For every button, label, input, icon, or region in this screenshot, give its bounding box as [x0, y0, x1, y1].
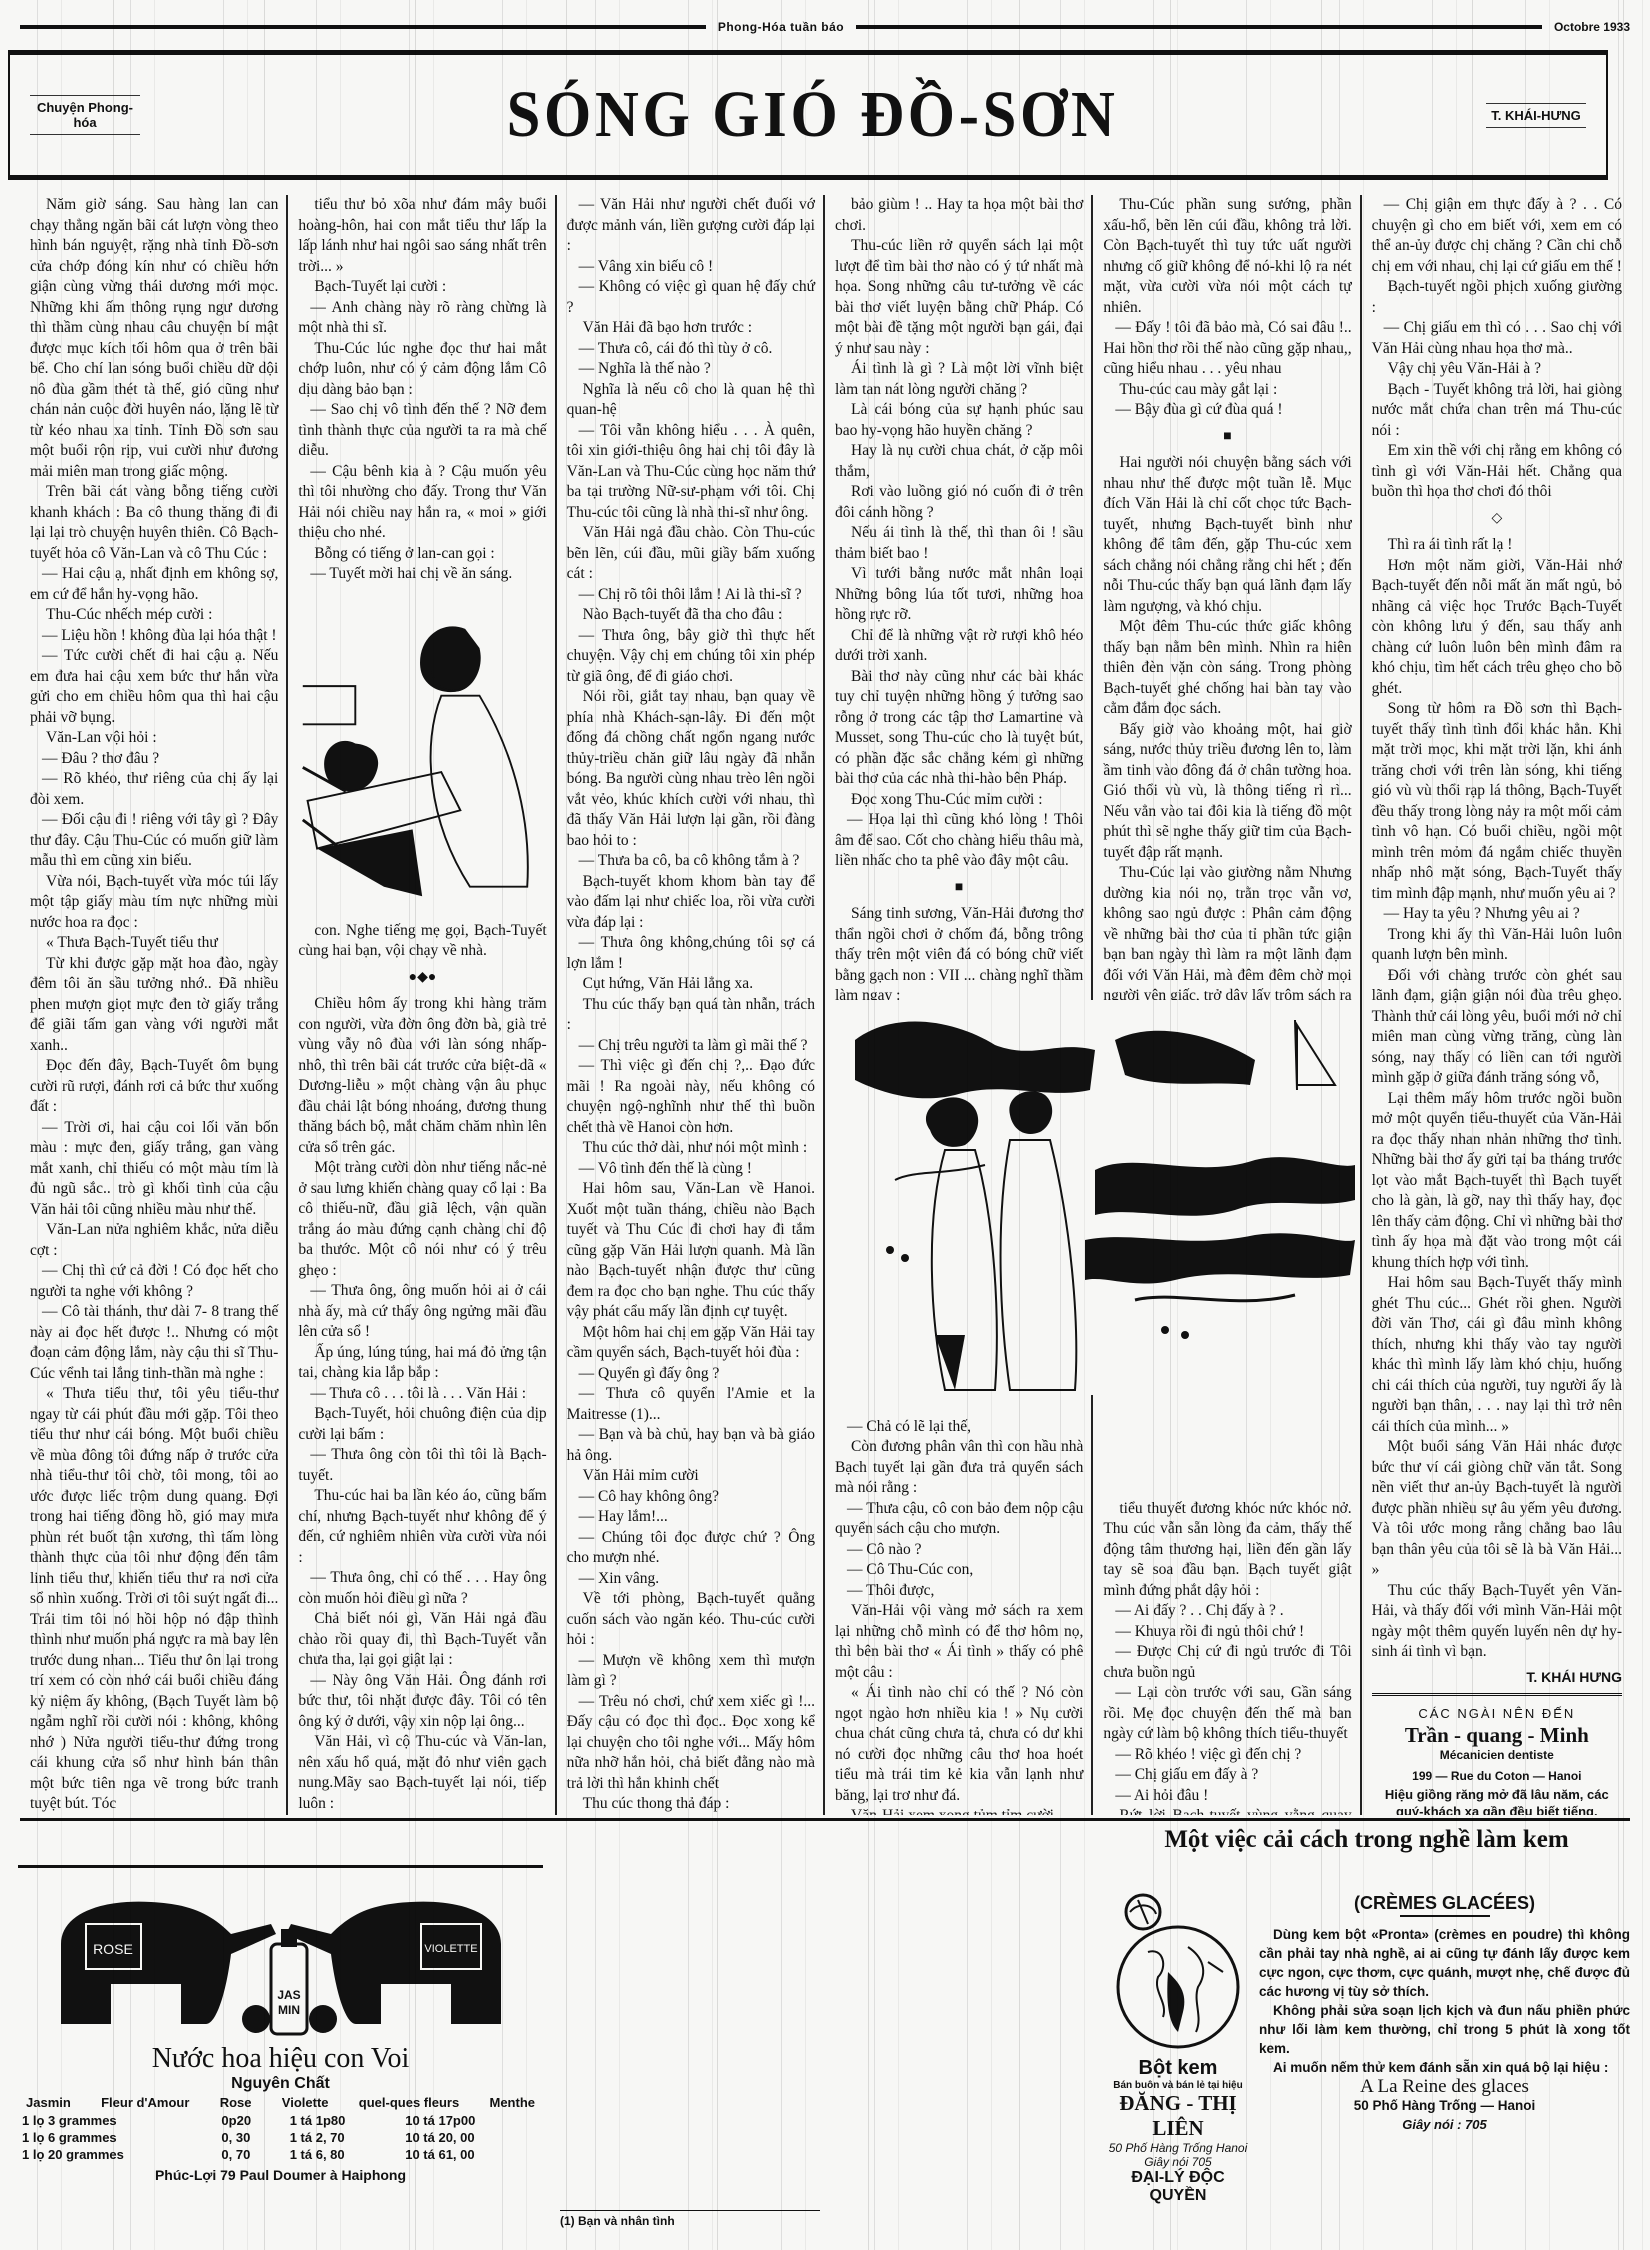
paragraph: Đọc xong Thu-Cúc mỉm cười :: [835, 790, 1083, 811]
paragraph: Văn Hải, vì cộ Thu-cúc và Văn-lan, nên x…: [298, 1732, 546, 1814]
ad-ice-right-panel: (CRÈMES GLACÉES) Dùng kem bột «Pronta» (…: [1259, 1892, 1630, 2243]
poem-line: Ái tình là gì ? Là một lời vĩnh biệt làm…: [835, 359, 1083, 400]
paragraph: Bỗng có tiếng ở lan-can gọi :: [298, 544, 546, 565]
paragraph: Chả biết nói gì, Văn Hải ngả đầu chào rồ…: [298, 1609, 546, 1671]
paragraph: Bạch-Tuyết, hỏi chuông điện của dịp cười…: [298, 1404, 546, 1445]
ad-dentist-address: 199 — Rue du Coton — Hanoi: [1372, 1766, 1622, 1787]
dialogue: — Tức cười chết đi hai cậu ạ. Nếu em đưa…: [30, 646, 278, 728]
scent: Rose: [220, 2095, 252, 2110]
svg-text:VIOLETTE: VIOLETTE: [424, 1943, 477, 1955]
paragraph: Thu-Cúc phần sung sướng, phần xấu-hổ, bẽ…: [1103, 195, 1351, 318]
ad-dentist-profession: Mécanicien dentiste: [1372, 1745, 1622, 1766]
paragraph: Cụt hứng, Văn Hải lẳng xa.: [567, 974, 815, 995]
paragraph: Văn-Hải vội vàng mở sách ra xem lại nhữn…: [835, 1601, 1083, 1683]
dialogue: — Lại còn trước với sau, Gần sáng rồi. M…: [1103, 1683, 1351, 1745]
dialogue: — Chị giận em thực đấy à ? . . Có chuyện…: [1372, 195, 1622, 277]
paragraph: Song từ hôm ra Đồ sơn thì Bạch-tuyết thấ…: [1372, 699, 1622, 904]
paragraph: Một buổi sáng Văn Hải nhác được bức thư …: [1372, 1437, 1622, 1581]
section-ornament: ■: [1103, 427, 1351, 448]
story-masthead: Chuyện Phong-hóa SÓNG GIÓ ĐỒ-SƠN T. KHÁI…: [8, 50, 1608, 180]
section-kicker: Chuyện Phong-hóa: [30, 95, 140, 135]
dialogue: — Được, chị để tôi đọc cho,: [567, 1815, 815, 1816]
column-1: Năm giờ sáng. Sau hàng lan can chạy thẳn…: [20, 195, 288, 1815]
ad-ice-left-address: 50 Phố Hàng Trống Hanoi: [1103, 2141, 1253, 2155]
dialogue: — Rõ khéo ! việc gì đến chị ?: [1103, 1745, 1351, 1766]
issue-date: Octobre 1933: [1554, 20, 1630, 34]
ice-cream-advertisement: Một việc cải cách trong nghề làm kem Bột…: [1103, 1822, 1630, 2242]
paragraph: Thu-cúc hai ba lần kéo áo, cũng bấm chí,…: [298, 1486, 546, 1568]
paragraph: Thu-cúc cau mày gắt lại :: [1103, 380, 1351, 401]
paragraph: Chiều hôm ấy trong khi hàng trăm con ngư…: [298, 994, 546, 1158]
dialogue: — Khuya rồi đi ngủ thôi chứ !: [1103, 1622, 1351, 1643]
ad-ice-shop-address: 50 Phố Hàng Trống — Hanoi: [1259, 2096, 1630, 2115]
dialogue: — Anh chàng này rõ ràng chừng là một nhà…: [298, 298, 546, 339]
section-ornament: ■: [835, 878, 1083, 899]
paragraph: Thu cúc thong thả đáp :: [567, 1794, 815, 1815]
ad-ice-left-phone: Giây nói 705: [1103, 2155, 1253, 2169]
perfume-advertisement: ROSE VIOLETTE JAS MIN Nước hoa hiệu con …: [18, 1865, 543, 2235]
dialogue: — Văn Hải như người chết đuối vớ được mả…: [567, 195, 815, 257]
dialogue: — Chị giấu em thì có . . . Sao chị với V…: [1372, 318, 1622, 359]
svg-text:JAS: JAS: [277, 1988, 300, 2002]
paragraph: Năm giờ sáng. Sau hàng lan can chạy thẳn…: [30, 195, 278, 482]
dialogue: — Chị thì cứ cả đời ! Có đọc hết cho ngư…: [30, 1261, 278, 1302]
dialogue: — Nghĩa là thế nào ?: [567, 359, 815, 380]
perfume-scent-list: Jasmin Fleur d'Amour Rose Violette quel-…: [18, 2093, 543, 2112]
paragraph: Thì ra ái tình rất lạ !: [1372, 535, 1622, 556]
price-row: 1 lọ 20 grammes 0, 70 1 tá 6, 80 10 tá 6…: [18, 2146, 543, 2163]
author-signature: T. KHÁI HƯNG: [1372, 1667, 1622, 1688]
dialogue: — Họa lại thì cũng khó lòng ! Thôi âm để…: [835, 810, 1083, 872]
column-2: tiểu thư bỏ xõa như đám mây buổi hoàng-h…: [288, 195, 556, 1815]
paragraph: Văn-Lan nửa nghiêm khắc, nửa diễu cợt :: [30, 1220, 278, 1261]
dialogue: — Thưa ông không,chúng tôi sợ cá lợn lắm…: [567, 933, 815, 974]
dialogue: — Thưa ba cô, ba cô không tắm à ?: [567, 851, 815, 872]
price-ten-dozen: 10 tá 17p00: [401, 2112, 543, 2129]
letter-text: Từ khi được gặp mặt hoa đào, ngày đêm tô…: [30, 954, 278, 1057]
dialogue: — Sao chị vô tình đến thế ? Nỡ đem tình …: [298, 400, 546, 462]
dialogue: — Chị trêu người ta làm gì mãi thế ?: [567, 1036, 815, 1057]
price-size: 1 lọ 3 grammes: [18, 2112, 217, 2129]
paragraph: Văn-Lan vội hỏi :: [30, 728, 278, 749]
price-single: 0, 30: [217, 2129, 285, 2146]
svg-text:MIN: MIN: [278, 2003, 300, 2017]
dialogue: — Rõ khéo, thư riêng của chị ấy lại đòi …: [30, 769, 278, 810]
illustration-seashore-girls: [835, 1000, 1360, 1395]
paragraph: Còn đương phân vân thì con hầu nhà Bạch …: [835, 1437, 1083, 1499]
paragraph: Em xin thề với chị rằng em không có tình…: [1372, 441, 1622, 503]
ad-ice-para: Không phải sửa soạn lịch kịch và đun nấu…: [1259, 2001, 1630, 2058]
poem-line: Chỉ để là những vật rờ rượi khô héo dưới…: [835, 626, 1083, 667]
ad-ice-para: Dùng kem bột «Pronta» (crèmes en poudre)…: [1259, 1925, 1630, 2001]
paragraph: Nào Bạch-tuyết đã tha cho đâu :: [567, 605, 815, 626]
scent: Fleur d'Amour: [101, 2095, 189, 2110]
dialogue: — Hay ta yêu ? Nhưng yêu ai ?: [1372, 904, 1622, 925]
paragraph: Ấp úng, lúng túng, hai má đỏ ửng tận tai…: [298, 1343, 546, 1384]
price-single: 0p20: [217, 2112, 285, 2129]
paragraph: Một hôm hai chị em gặp Văn Hải tay cầm q…: [567, 1323, 815, 1364]
dialogue: — Chả có lẽ lại thế,: [835, 1417, 1083, 1438]
poem-line: Nếu ái tình là thế, thì than ôi ! sầu th…: [835, 523, 1083, 564]
price-ten-dozen: 10 tá 61, 00: [401, 2146, 543, 2163]
paragraph: Trên bãi cát vàng bỗng tiếng cười khanh …: [30, 482, 278, 564]
paragraph: Bạch-Tuyết lại cười :: [298, 277, 546, 298]
paragraph: Rứt lời Bạch-tuyết vùng vằng quay vào ph…: [1103, 1806, 1351, 1815]
dialogue: — Chúng tôi đọc được chứ ? Ông cho mượn …: [567, 1528, 815, 1569]
dialogue: — Thưa cô, cái đó thì tùy ở cô.: [567, 339, 815, 360]
article-columns: Năm giờ sáng. Sau hàng lan can chạy thẳn…: [20, 195, 1630, 1815]
dialogue: — Được Chị cứ đi ngủ trước đi Tôi chưa b…: [1103, 1642, 1351, 1683]
dialogue: — Hai cậu ạ, nhất định em không sợ, em c…: [30, 564, 278, 605]
dialogue: — Trêu nó chơi, chứ xem xiếc gì !... Đấy…: [567, 1692, 815, 1795]
dialogue: — Thôi được,: [835, 1581, 1083, 1602]
author-byline: T. KHÁI-HƯNG: [1486, 103, 1586, 128]
dentist-advertisement: CÁC NGÀI NÊN ĐẾN Trần - quang - Minh Méc…: [1372, 1693, 1622, 1815]
scent: Violette: [282, 2095, 329, 2110]
ad-ice-para: Ai muốn nếm thử kem đánh sẵn xin quá bộ …: [1259, 2058, 1630, 2077]
dialogue: — Vô tình đến thế là cùng !: [567, 1159, 815, 1180]
paragraph: Hai hôm sau Bạch-Tuyết thấy mình ghét Th…: [1372, 1273, 1622, 1437]
perfume-brand: Nước hoa hiệu con Voi: [18, 2043, 543, 2075]
globe-icon: [1108, 1892, 1248, 2052]
dialogue: — Vâng xin biếu cô !: [567, 257, 815, 278]
dialogue: — Tôi vẫn không hiểu . . . À quên, tôi x…: [567, 421, 815, 524]
price-row: 1 lọ 6 grammes 0, 30 1 tá 2, 70 10 tá 20…: [18, 2129, 543, 2146]
price-size: 1 lọ 6 grammes: [18, 2129, 217, 2146]
illustration-girls-at-window: [298, 593, 546, 913]
dialogue: — Bạn và bà chủ, hay bạn và bà giáo hả ô…: [567, 1425, 815, 1466]
paragraph: Lại thêm mấy hôm trước ngồi buồn mở một …: [1372, 1089, 1622, 1274]
dialogue: — Trời ơi, hai cậu coi lối văn bốn màu :…: [30, 1118, 278, 1221]
dialogue: — Ai đấy ? . . Chị đấy à ? .: [1103, 1601, 1351, 1622]
dialogue: — Thưa ông, ông muốn hỏi ai ở cái nhà ấy…: [298, 1281, 546, 1343]
paragraph: Đối với chàng trước còn ghét sau lãnh đạ…: [1372, 966, 1622, 1089]
paragraph: Bạch - Tuyết không trả lời, hai giòng nư…: [1372, 380, 1622, 442]
dialogue: — Thưa ông, bây giờ thì thực hết chuyện.…: [567, 626, 815, 688]
paragraph: Về tới phòng, Bạch-tuyết quẳng cuốn sách…: [567, 1589, 815, 1651]
paragraph: bảo giùm ! .. Hay ta họa một bài thơ chơ…: [835, 195, 1083, 236]
paragraph: Văn Hải ngả đầu chào. Còn Thu-cúc bẽn lẽ…: [567, 523, 815, 585]
letter-salutation: « Thưa Bạch-Tuyết tiểu thư: [30, 933, 278, 954]
story-title: SÓNG GIÓ ĐỒ-SƠN: [507, 77, 1119, 153]
bottom-section-rule: [20, 1818, 1630, 1821]
dialogue: — Chị giấu em đấy à ?: [1103, 1765, 1351, 1786]
paragraph: Bài thơ này cũng như các bài khác tuy ch…: [835, 667, 1083, 790]
dialogue: — Liệu hồn ! không đùa lại hóa thật !: [30, 626, 278, 647]
price-ten-dozen: 10 tá 20, 00: [401, 2129, 543, 2146]
dialogue: — Cô hay không ông?: [567, 1487, 815, 1508]
rule-left: [20, 25, 706, 29]
ad-ice-left-shop: ĐĂNG - THỊ LIÊN: [1103, 2091, 1253, 2141]
dialogue: — Thưa cô . . . tôi là . . . Văn Hải :: [298, 1384, 546, 1405]
dialogue: — Chị rõ tôi thôi lắm ! Ai là thi-sĩ ?: [567, 585, 815, 606]
dialogue: — Xin vâng.: [567, 1569, 815, 1590]
paragraph: Thu cúc thấy Bạch-Tuyết yên Văn-Hải, và …: [1372, 1581, 1622, 1663]
paragraph: Thu-Cúc lúc nghe đọc thư hai mắt chớp lu…: [298, 339, 546, 401]
paragraph: Bạch-tuyết ngồi phịch xuống giường :: [1372, 277, 1622, 318]
scent: Menthe: [489, 2095, 535, 2110]
ad-ice-phone: Giây nói : 705: [1259, 2115, 1630, 2134]
ad-ice-rule: [1400, 1915, 1490, 1917]
ad-ice-retail: Bán buôn và bán lẻ tại hiệu: [1103, 2080, 1253, 2091]
ad-ice-headline: Một việc cải cách trong nghề làm kem: [1103, 1822, 1630, 1892]
svg-text:ROSE: ROSE: [93, 1941, 133, 1957]
dialogue: — Cậu bênh kia à ? Cậu muốn yêu thì tôi …: [298, 462, 546, 544]
paragraph: Bạch-tuyết khom khom bàn tay để vào đấm …: [567, 872, 815, 934]
dialogue: — Thưa cậu, cô con bảo đem nộp cậu quyển…: [835, 1499, 1083, 1540]
dialogue: — Hay ông bằng lòng cho tôi để tôi tập l…: [298, 1814, 546, 1815]
perfume-address: Phúc-Lợi 79 Paul Doumer à Haiphong: [18, 2167, 543, 2183]
paragraph: Văn Hải đã bạo hơn trước :: [567, 318, 815, 339]
poem-line: Là cái bóng của sự hạnh phúc sau bao hy-…: [835, 400, 1083, 441]
dialogue: — Thưa ông còn tôi thì tôi là Bạch-tuyết…: [298, 1445, 546, 1486]
paragraph: Nghĩa là nếu cô cho là quan hệ thì quan-…: [567, 380, 815, 421]
paragraph: Đọc đến đây, Bạch-Tuyết ôm bụng cười rũ …: [30, 1056, 278, 1118]
paragraph: Một tràng cười dòn như tiếng nắc-nẻ ở sa…: [298, 1158, 546, 1281]
dialogue: — Không có việc gì quan hệ đấy chứ ?: [567, 277, 815, 318]
rule-right: [856, 25, 1542, 29]
paragraph: Thu cúc thở dài, như nói một mình :: [567, 1138, 815, 1159]
paragraph: Văn Hải mỉm cười: [567, 1466, 815, 1487]
ad-dentist-intro: CÁC NGÀI NÊN ĐẾN: [1372, 1704, 1622, 1725]
dialogue: — Mượn về không xem thì mượn làm gì ?: [567, 1651, 815, 1692]
dialogue: — Đâu ? thơ đâu ?: [30, 749, 278, 770]
dialogue: — Cô nào ?: [835, 1540, 1083, 1561]
section-ornament: ◇: [1372, 509, 1622, 530]
dialogue: — Bậy đùa gì cứ đùa quá !: [1103, 400, 1351, 421]
paragraph: Hai người nói chuyện bằng sách với nhau …: [1103, 453, 1351, 617]
price-size: 1 lọ 20 grammes: [18, 2146, 217, 2163]
running-head: Phong-Hóa tuần báo Octobre 1933: [20, 12, 1630, 42]
dialogue: — Đối cậu đi ! riêng với tây gì ? Đây th…: [30, 810, 278, 872]
ad-ice-subhead: (CRÈMES GLACÉES): [1259, 1894, 1630, 1913]
newspaper-name: Phong-Hóa tuần báo: [718, 20, 844, 34]
dialogue: — Tuyết mời hai chị về ăn sáng.: [298, 564, 546, 585]
ad-ice-agent: ĐẠI-LÝ ĐỘC QUYỀN: [1103, 2169, 1253, 2205]
elephant-logo-icon: ROSE VIOLETTE JAS MIN: [31, 1874, 531, 2049]
dialogue: — Đấy ! tôi đã bảo mà, Có sai đâu !.. Ha…: [1103, 318, 1351, 380]
paragraph: Văn-Hải xem xong tủm tỉm cười.: [835, 1806, 1083, 1815]
dialogue: — Cô Thu-Cúc con,: [835, 1560, 1083, 1581]
column-3: — Văn Hải như người chết đuối vớ được mả…: [557, 195, 825, 1815]
section-ornament: ●◆●: [298, 968, 546, 989]
price-dozen: 1 tá 2, 70: [286, 2129, 402, 2146]
dialogue: — Thưa cô quyển l'Amie et la Maitresse (…: [567, 1384, 815, 1425]
paragraph: Trong khi ấy thì Văn-Hải luôn luôn quanh…: [1372, 925, 1622, 966]
paragraph: tiểu thuyết đương khóc nức khóc nở. Thu …: [1103, 1499, 1351, 1602]
price-row: 1 lọ 3 grammes 0p20 1 tá 1p80 10 tá 17p0…: [18, 2112, 543, 2129]
illustration-caption: con. Nghe tiếng mẹ gọi, Bạch-Tuyết cùng …: [298, 921, 546, 962]
paragraph: Sáng tinh sương, Văn-Hải đương thơ thẩn …: [835, 904, 1083, 1007]
letter-text: « Thưa tiểu thư, tôi yêu tiểu-thư ngay t…: [30, 1384, 278, 1815]
dialogue: — Thì việc gì đến chị ?,.. Đạo đức mãi !…: [567, 1056, 815, 1138]
scent: Jasmin: [26, 2095, 71, 2110]
perfume-price-table: 1 lọ 3 grammes 0p20 1 tá 1p80 10 tá 17p0…: [18, 2112, 543, 2163]
dialogue: — Cô tài thánh, thư dài 7- 8 trang thế n…: [30, 1302, 278, 1384]
dialogue: — Hay lắm!...: [567, 1507, 815, 1528]
paragraph: Vậy chị yêu Văn-Hải à ?: [1372, 359, 1622, 380]
paragraph: Thu-cúc liền rở quyển sách lại một lượt …: [835, 236, 1083, 359]
scent: quel-ques fleurs: [359, 2095, 459, 2110]
ad-dentist-body: Hiệu giồng răng mở đã lâu năm, các quý-k…: [1372, 1786, 1622, 1815]
price-dozen: 1 tá 1p80: [286, 2112, 402, 2129]
paragraph: Vừa nói, Bạch-tuyết vừa móc túi lấy một …: [30, 872, 278, 934]
column-6: — Chị giận em thực đấy à ? . . Có chuyện…: [1362, 195, 1630, 1815]
ad-ice-shop: A La Reine des glaces: [1259, 2077, 1630, 2096]
ad-ice-left-panel: Bột kem Bán buôn và bán lẻ tại hiệu ĐĂNG…: [1103, 1892, 1253, 2243]
perfume-subtitle: Nguyên Chất: [18, 2075, 543, 2093]
paragraph: tiểu thư bỏ xõa như đám mây buổi hoàng-h…: [298, 195, 546, 277]
dialogue: — Thưa ông, chỉ có thế . . . Hay ông còn…: [298, 1568, 546, 1609]
dialogue: — Quyển gì đấy ông ?: [567, 1364, 815, 1385]
dialogue: — Ai hỏi đâu !: [1103, 1786, 1351, 1807]
paragraph: Một đêm Thu-cúc thức giấc không thấy bạn…: [1103, 617, 1351, 720]
price-dozen: 1 tá 6, 80: [286, 2146, 402, 2163]
ad-ice-product: Bột kem: [1103, 2057, 1253, 2080]
paragraph: Bấy giờ vào khoảng một, hai giờ sáng, nư…: [1103, 720, 1351, 864]
ad-dentist-name: Trần - quang - Minh: [1372, 1725, 1622, 1746]
paragraph: Thu cúc thấy bạn quá tàn nhẫn, trách :: [567, 995, 815, 1036]
poem-line: Hay là nụ cười chua chát, ở cặp môi thắm…: [835, 441, 1083, 482]
poem-line: Vì tưới bằng nước mắt nhân loại Những bô…: [835, 564, 1083, 626]
price-single: 0, 70: [217, 2146, 285, 2163]
paragraph: « Ái tình nào chỉ có thế ? Nó còn ngọt n…: [835, 1683, 1083, 1806]
paragraph: Hai hôm sau, Văn-Lan về Hanoi. Xuốt một …: [567, 1179, 815, 1323]
paragraph: Hơn một năm giời, Văn-Hải nhớ Bạch-tuyết…: [1372, 556, 1622, 700]
poem-line: Rơi vào luồng gió nó cuốn đi ở trên đôi …: [835, 482, 1083, 523]
paragraph: Thu-Cúc nhếch mép cười :: [30, 605, 278, 626]
paragraph: Nói rồi, giắt tay nhau, bạn quay về phía…: [567, 687, 815, 851]
footnote: (1) Bạn và nhân tình: [560, 2210, 820, 2228]
dialogue: — Này ông Văn Hải. Ông đánh rơi bức thư,…: [298, 1671, 546, 1733]
